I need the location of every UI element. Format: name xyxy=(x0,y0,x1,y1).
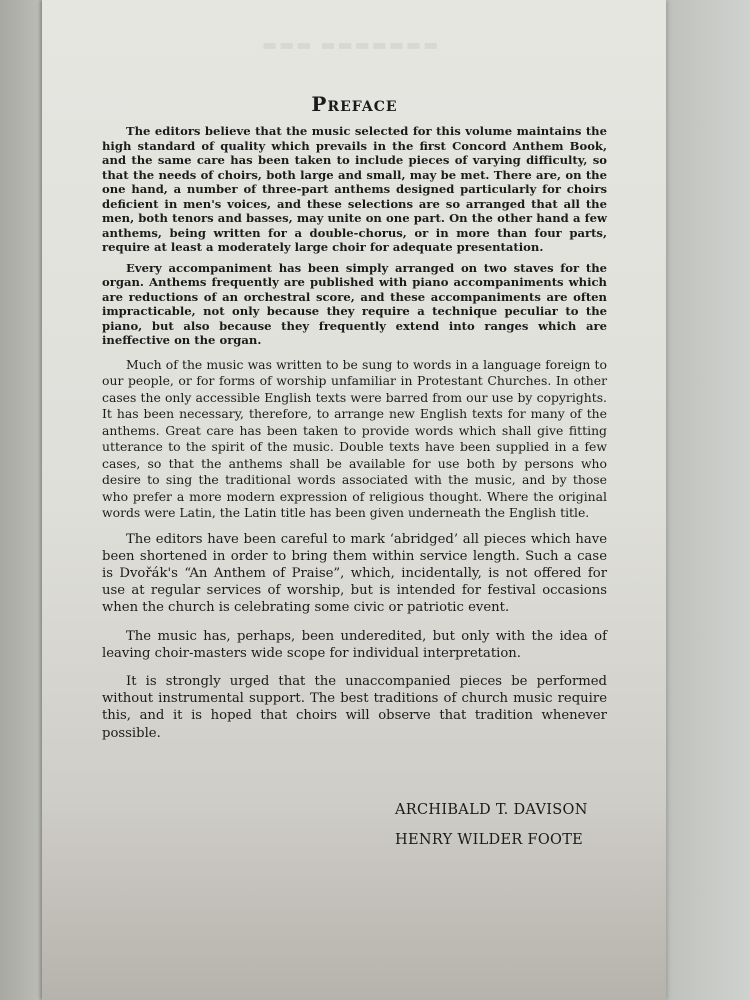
background-surface xyxy=(666,0,750,1000)
signature-block: ARCHIBALD T. DAVISON HENRY WILDER FOOTE xyxy=(395,795,588,855)
spine-shadow xyxy=(0,0,42,1000)
paragraph: The music has, perhaps, been underedited… xyxy=(102,628,607,662)
paragraph: Much of the music was written to be sung… xyxy=(102,357,607,522)
paragraph: It is strongly urged that the unaccompan… xyxy=(102,673,607,742)
paragraph: The editors have been careful to mark ‘a… xyxy=(102,531,607,617)
paragraph: Every accompaniment has been simply arra… xyxy=(102,261,607,348)
bleed-through-text: ▬▬▬ ▬▬▬▬▬▬▬ xyxy=(262,35,440,54)
paragraph: The editors believe that the music selec… xyxy=(102,124,607,255)
signature-foote: HENRY WILDER FOOTE xyxy=(395,825,588,855)
preface-body: Preface The editors believe that the mus… xyxy=(102,92,607,753)
page-title: Preface xyxy=(102,92,607,116)
signature-davison: ARCHIBALD T. DAVISON xyxy=(395,795,588,825)
